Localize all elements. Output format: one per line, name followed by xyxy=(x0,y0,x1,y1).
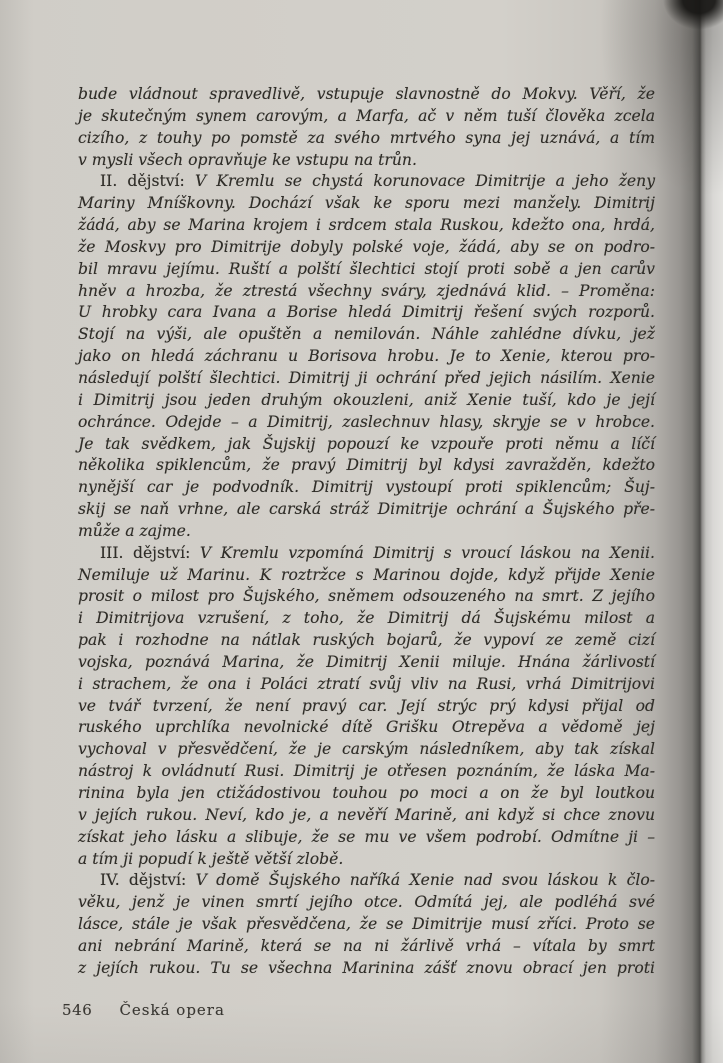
text-line: ve tvář tvrzení, že není pravý car. Její… xyxy=(78,696,655,718)
text-line: lásce, stále je však přesvědčena, že se … xyxy=(78,914,655,936)
text-line: skij se naň vrhne, ale carská stráž Dimi… xyxy=(78,499,655,521)
text-line: Nemiluje už Marinu. K roztržce s Marinou… xyxy=(78,565,655,587)
text-line: i Dimitrij jsou jeden druhým okouzleni, … xyxy=(78,390,655,412)
text-line: i strachem, že ona i Poláci ztratí svůj … xyxy=(78,674,655,696)
text-line: ani nebrání Marině, která se na ni žárli… xyxy=(78,936,655,958)
text-line: nynější car je podvodník. Dimitrij vysto… xyxy=(78,477,655,499)
act-label: II. dějství: xyxy=(100,172,195,190)
text-line: rinina byla jen ctižádostivou touhou po … xyxy=(78,783,655,805)
text-line: Mariny Mníškovny. Dochází však ke sporu … xyxy=(78,193,655,215)
text-line: II. dějství: V Kremlu se chystá korunova… xyxy=(78,171,655,193)
page-footer: 546Česká opera xyxy=(62,1001,225,1019)
text-block: bude vládnout spravedlivě, vstupuje slav… xyxy=(78,84,655,980)
text-line: cizího, z touhy po pomstě za svého mrtvé… xyxy=(78,128,655,150)
text-line: Stojí na výši, ale opuštěn a nemilován. … xyxy=(78,324,655,346)
text-line: pak i rozhodne na nátlak ruských bojarů,… xyxy=(78,630,655,652)
act-label: III. dějství: xyxy=(100,544,200,562)
text-line: U hrobky cara Ivana a Borise hledá Dimit… xyxy=(78,302,655,324)
text-line: následují polští šlechtici. Dimitrij ji … xyxy=(78,368,655,390)
text-line: z jejích rukou. Tu se všechna Marinina z… xyxy=(78,958,655,980)
text-line: že Moskvy pro Dimitrije dobyly polské vo… xyxy=(78,237,655,259)
text-line: několika spiklencům, že pravý Dimitrij b… xyxy=(78,455,655,477)
text-line: žádá, aby se Marina krojem i srdcem stal… xyxy=(78,215,655,237)
text-line: věku, jenž je vinen smrtí jejího otce. O… xyxy=(78,892,655,914)
text-line: jako on hledá záchranu u Borisova hrobu.… xyxy=(78,346,655,368)
text-line: hněv a hrozba, že ztrestá všechny sváry,… xyxy=(78,281,655,303)
text-line: III. dějství: V Kremlu vzpomíná Dimitrij… xyxy=(78,543,655,565)
act-label: IV. dějství: xyxy=(100,871,196,889)
text-line: je skutečným synem carovým, a Marfa, ač … xyxy=(78,106,655,128)
text-line: bude vládnout spravedlivě, vstupuje slav… xyxy=(78,84,655,106)
text-line: i Dimitrijova vzrušení, z toho, že Dimit… xyxy=(78,608,655,630)
text-line: vojska, poznává Marina, že Dimitrij Xeni… xyxy=(78,652,655,674)
text-line: nástroj k ovládnutí Rusi. Dimitrij je ot… xyxy=(78,761,655,783)
text-line: bil mravu jejímu. Ruští a polští šlechti… xyxy=(78,259,655,281)
text-line: IV. dějství: V domě Šujského naříká Xeni… xyxy=(78,870,655,892)
text-line: ruského uprchlíka nevolnické dítě Grišku… xyxy=(78,717,655,739)
text-line: ochránce. Odejde – a Dimitrij, zaslechnu… xyxy=(78,412,655,434)
text-line: vychoval v přesvědčení, že je carským ná… xyxy=(78,739,655,761)
text-line: získat jeho lásku a slibuje, že se mu ve… xyxy=(78,827,655,849)
text-line: prosit o milost pro Šujského, sněmem ods… xyxy=(78,586,655,608)
text-line: v mysli všech opravňuje ke vstupu na trů… xyxy=(78,150,655,172)
page-number: 546 xyxy=(62,1001,92,1019)
running-title: Česká opera xyxy=(119,1001,224,1019)
text-line: Je tak svědkem, jak Šujskij popouzí ke v… xyxy=(78,434,655,456)
text-line: v jejích rukou. Neví, kdo je, a nevěří M… xyxy=(78,805,655,827)
text-line: a tím ji popudí k ještě větší zlobě. xyxy=(78,849,655,871)
text-line: může a zajme. xyxy=(78,521,655,543)
